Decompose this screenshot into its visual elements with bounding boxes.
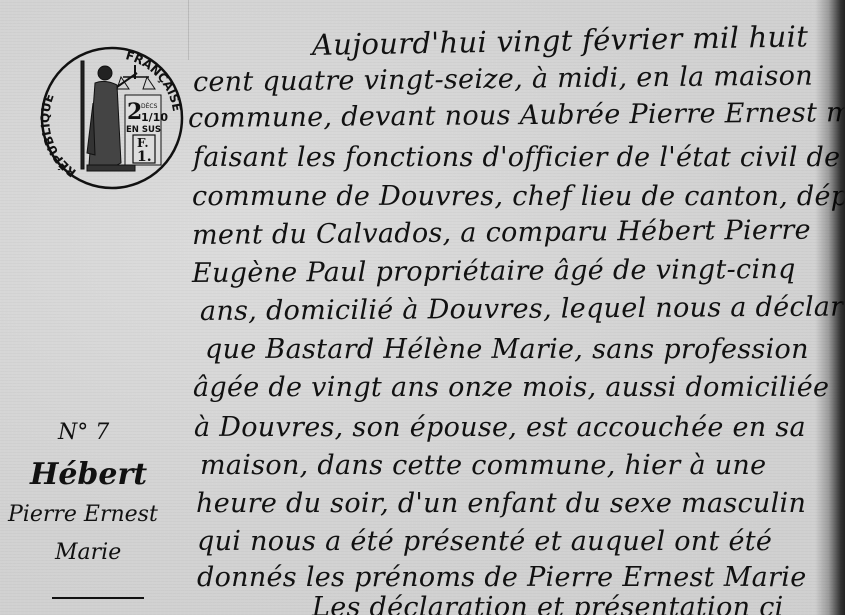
- stamp-left-arc-text: RÉPUBLIQUE: [38, 92, 79, 180]
- margin-surname: Hébert: [30, 457, 147, 492]
- page-binding-shadow: [815, 0, 845, 615]
- body-line-9: que Bastard Hélène Marie, sans professio…: [205, 334, 809, 365]
- stamp-en-sus: EN SUS: [126, 125, 161, 135]
- body-line-15: donnés les prénoms de Pierre Ernest Mari…: [197, 562, 806, 593]
- body-line-2: cent quatre vingt-seize, à midi, en la m…: [193, 61, 813, 98]
- paper-fold-line: [188, 0, 189, 60]
- body-line-3: commune, devant nous Aubrée Pierre Ernes…: [188, 97, 845, 134]
- margin-given-names-line1: Pierre Ernest: [8, 502, 158, 527]
- svg-text:RÉPUBLIQUE: RÉPUBLIQUE: [38, 92, 79, 180]
- body-line-13: heure du soir, d'un enfant du sexe mascu…: [196, 488, 806, 519]
- margin-divider: [52, 597, 144, 599]
- stamp-denomination-value: 1.: [137, 149, 152, 165]
- body-line-5: commune de Douvres, chef lieu de canton,…: [192, 181, 845, 212]
- body-line-8: ans, domicilié à Douvres, lequel nous a …: [200, 291, 845, 327]
- body-line-6: ment du Calvados, a comparu Hébert Pierr…: [192, 215, 811, 251]
- body-line-4: faisant les fonctions d'officier de l'ét…: [193, 142, 845, 173]
- body-line-12: maison, dans cette commune, hier à une: [200, 450, 766, 481]
- body-line-1: Aujourd'hui vingt février mil huit: [312, 19, 809, 62]
- scanned-document-page: RÉPUBLIQUE FRANÇAISE 2 DÉCS 1/10: [0, 0, 845, 615]
- body-line-16: Les déclaration et présentation ci: [312, 592, 784, 615]
- body-line-11: à Douvres, son épouse, est accouchée en …: [194, 412, 806, 443]
- revenue-stamp: RÉPUBLIQUE FRANÇAISE 2 DÉCS 1/10: [37, 43, 187, 193]
- margin-given-names-line2: Marie: [55, 540, 121, 565]
- body-line-14: qui nous a été présenté et auquel ont ét…: [197, 526, 772, 557]
- stamp-fraction-label: DÉCS: [141, 102, 158, 110]
- body-line-10: âgée de vingt ans onze mois, aussi domic…: [193, 372, 829, 403]
- stamp-fraction: 1/10: [141, 111, 168, 124]
- body-line-7: Eugène Paul propriétaire âgé de vingt-ci…: [192, 254, 796, 289]
- margin-record-number: N° 7: [58, 420, 109, 445]
- stamp-denomination: F.: [137, 136, 149, 150]
- marianne-seal-icon: RÉPUBLIQUE FRANÇAISE 2 DÉCS 1/10: [37, 43, 187, 193]
